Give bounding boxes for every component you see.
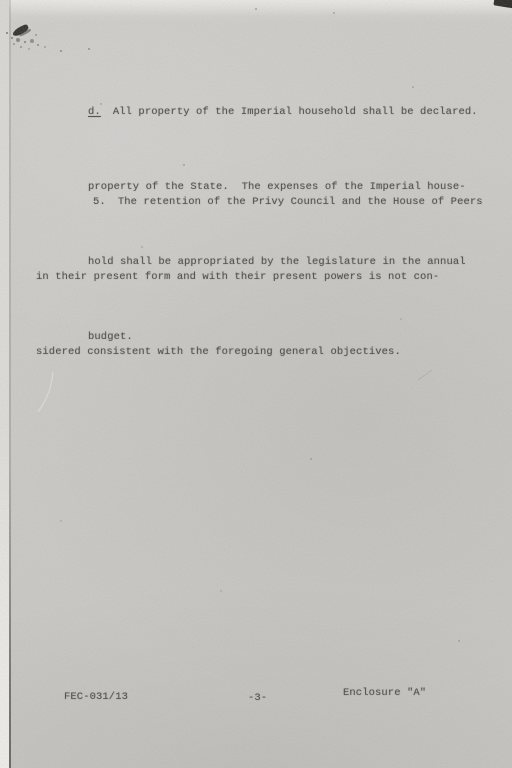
footer-page-number: -3- (248, 692, 267, 704)
ink-smudge (11, 24, 29, 38)
paragraph-d-line-1-text: All property of the Imperial household s… (113, 106, 478, 118)
paragraph-d-line-1: d.All property of the Imperial household… (88, 100, 498, 125)
footer-enclosure-label: Enclosure "A" (343, 687, 426, 699)
scanned-document-page: d.All property of the Imperial household… (0, 0, 512, 768)
paragraph-d-number: d. (88, 106, 101, 118)
paragraph-5-line-1: 5.The retention of the Privy Council and… (36, 190, 486, 215)
paragraph-5-line-3: sidered consistent with the foregoing ge… (36, 340, 486, 365)
ink-smudge-specks (6, 32, 8, 34)
footer-document-number: FEC-031/13 (64, 691, 128, 703)
scan-edge-left-strip (0, 0, 9, 768)
paper-speck (255, 8, 257, 10)
paragraph-5-line-1-text: The retention of the Privy Council and t… (118, 196, 483, 208)
paragraph-5: 5.The retention of the Privy Council and… (36, 140, 486, 415)
paragraph-5-line-2: in their present form and with their pre… (36, 265, 486, 290)
paragraph-5-number: 5. (93, 196, 106, 208)
scan-edge-left-line (9, 0, 11, 768)
